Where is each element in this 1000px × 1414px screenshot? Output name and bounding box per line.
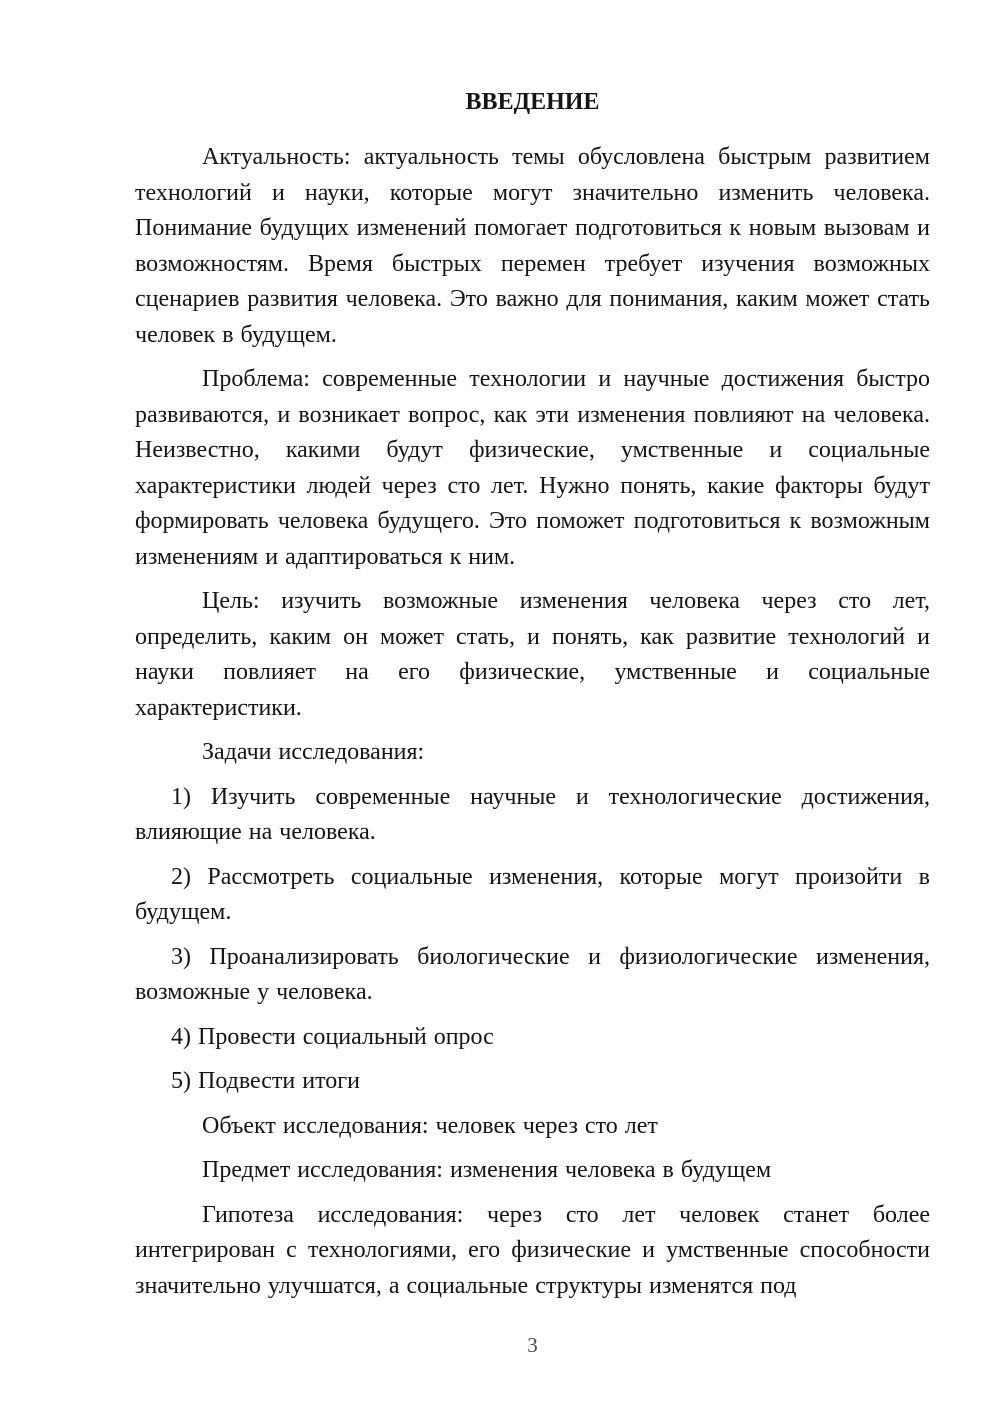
- paragraph-tasks-heading: Задачи исследования:: [135, 735, 930, 771]
- task-item-4: 4) Провести социальный опрос: [135, 1020, 930, 1056]
- page-title: ВВЕДЕНИЕ: [135, 88, 930, 116]
- task-item-3: 3) Проанализировать биологические и физи…: [135, 940, 930, 1011]
- paragraph-problem: Проблема: современные технологии и научн…: [135, 362, 930, 575]
- paragraph-relevance: Актуальность: актуальность темы обусловл…: [135, 140, 930, 353]
- paragraph-research-subject: Предмет исследования: изменения человека…: [135, 1153, 930, 1189]
- page-number: 3: [135, 1330, 930, 1360]
- document-body: ВВЕДЕНИЕ Актуальность: актуальность темы…: [135, 88, 930, 1313]
- task-item-5: 5) Подвести итоги: [135, 1064, 930, 1100]
- paragraph-research-object: Объект исследования: человек через сто л…: [135, 1109, 930, 1145]
- task-item-1: 1) Изучить современные научные и техноло…: [135, 780, 930, 851]
- paragraph-hypothesis: Гипотеза исследования: через сто лет чел…: [135, 1198, 930, 1305]
- document-page: ВВЕДЕНИЕ Актуальность: актуальность темы…: [0, 0, 1000, 1414]
- task-item-2: 2) Рассмотреть социальные изменения, кот…: [135, 860, 930, 931]
- paragraph-goal: Цель: изучить возможные изменения челове…: [135, 584, 930, 726]
